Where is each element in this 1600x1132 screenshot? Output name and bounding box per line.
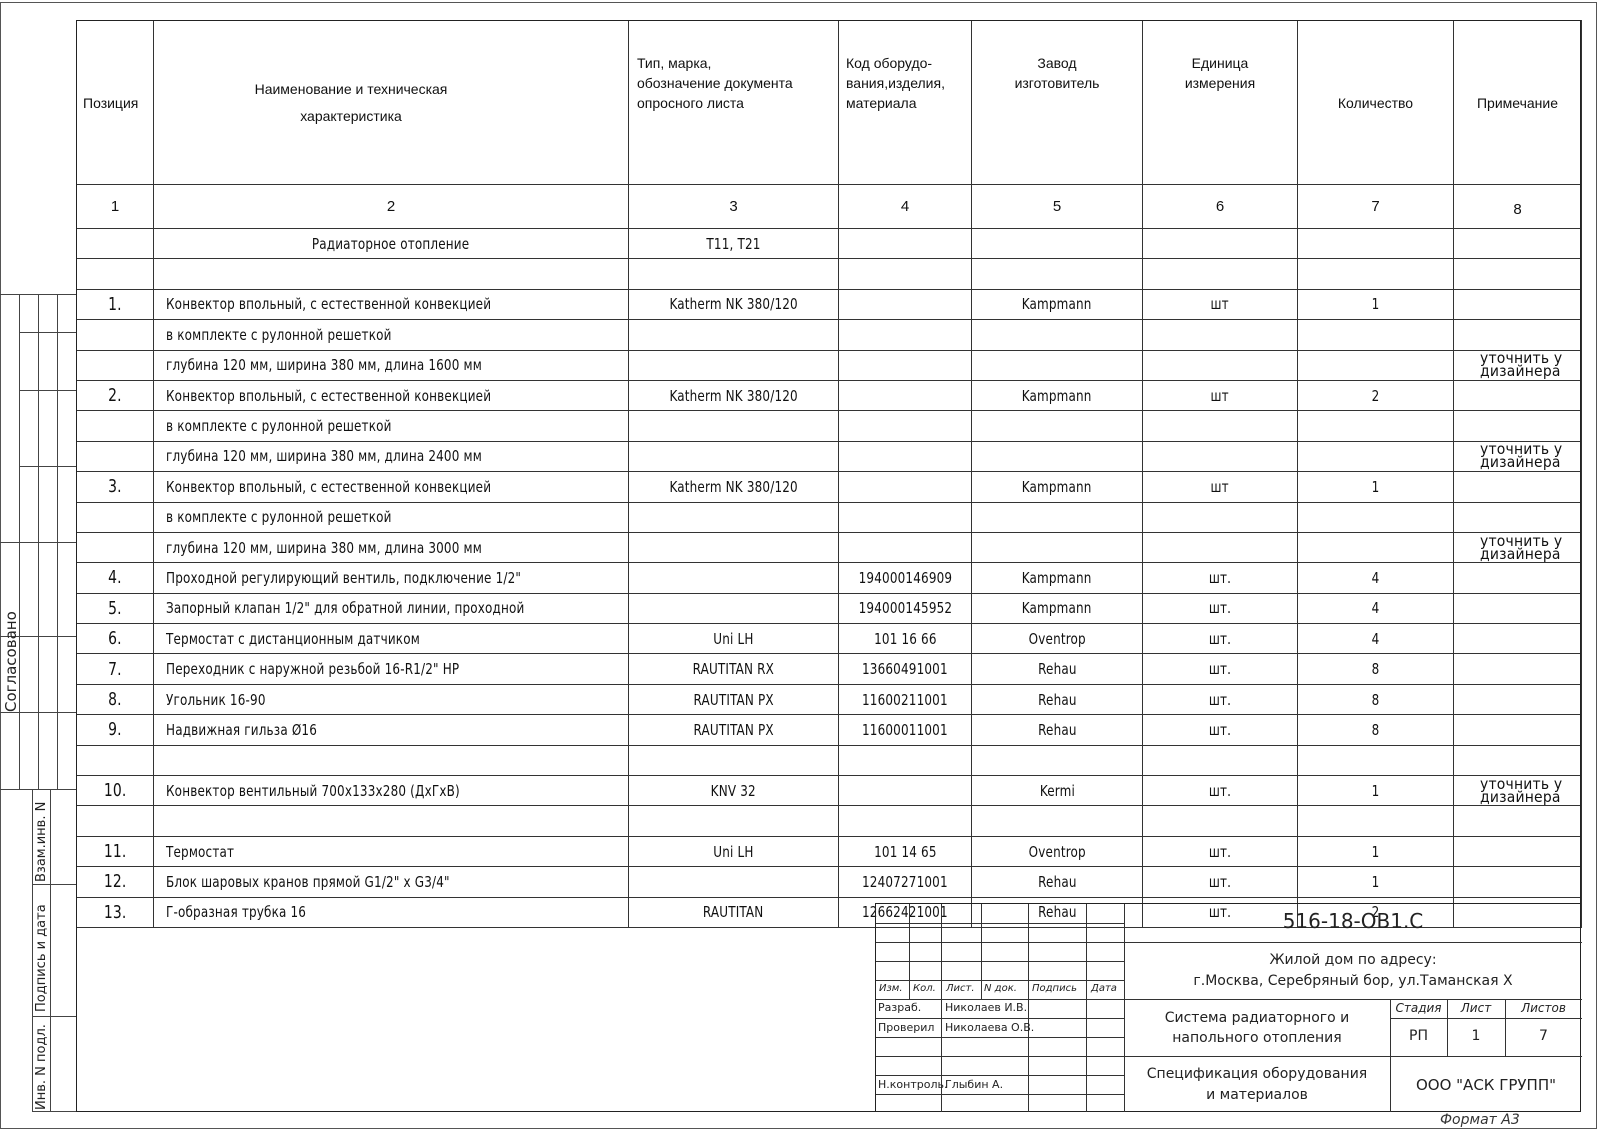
strip-line <box>19 466 76 467</box>
strip-line <box>0 712 76 713</box>
sheet-title-line-1: Спецификация оборудования <box>1124 1064 1390 1085</box>
format-label: Формат А3 <box>1440 1112 1520 1128</box>
system-line-1: Система радиаторного и <box>1124 1008 1390 1029</box>
title-block-line <box>941 904 942 999</box>
title-block-line <box>1124 942 1582 943</box>
sheet-value: 1 <box>1447 1028 1505 1044</box>
strip-line <box>32 789 33 1111</box>
title-block-line <box>941 999 942 1112</box>
original-inventory-label: Инв. N подл. <box>34 1024 49 1110</box>
title-block-line <box>1390 999 1391 1112</box>
title-block-line <box>1086 904 1087 999</box>
strip-line <box>0 542 76 543</box>
revision-header: Кол. <box>913 983 936 994</box>
title-block-line <box>1390 1018 1582 1019</box>
company-name: ООО "АСК ГРУПП" <box>1390 1076 1582 1094</box>
strip-line <box>32 884 76 885</box>
object-line-2: г.Москва, Серебряный бор, ул.Таманская Х <box>1124 971 1582 992</box>
revision-header: N док. <box>984 983 1017 994</box>
agreed-label: Согласовано <box>2 611 20 712</box>
sheet-label: Лист <box>1447 1001 1505 1015</box>
revision-header: Лист. <box>946 983 975 994</box>
document-code: 516-18-ОВ1.С <box>1124 909 1582 933</box>
signature-date-label: Подпись и дата <box>34 904 49 1012</box>
strip-line <box>19 390 76 391</box>
role-name: Николаев И.В. <box>945 1001 1027 1014</box>
sheets-value: 7 <box>1505 1028 1582 1044</box>
title-block-line <box>981 904 982 999</box>
title-block-line <box>1124 999 1582 1000</box>
sheets-label: Листов <box>1505 1001 1582 1015</box>
revision-header: Изм. <box>879 983 903 994</box>
strip-line <box>0 789 76 790</box>
role-label: Н.контроль. <box>878 1078 947 1091</box>
system-line-2: напольного отопления <box>1124 1028 1390 1049</box>
revision-header: Подпись <box>1032 983 1077 994</box>
stage-value: РП <box>1390 1028 1447 1044</box>
title-block-line <box>909 904 910 999</box>
role-name: Николаева О.В. <box>945 1021 1034 1034</box>
strip-line <box>32 1111 76 1112</box>
replace-inventory-label: Взам.инв. N <box>34 802 49 882</box>
title-block-line <box>1124 1056 1582 1057</box>
title-block: Изм.Кол.Лист.N док.ПодписьДатаРазраб.Ник… <box>875 903 1581 1112</box>
object-line-1: Жилой дом по адресу: <box>1124 950 1582 971</box>
sheet-title-line-2: и материалов <box>1124 1085 1390 1106</box>
role-label: Проверил <box>878 1021 934 1034</box>
title-block-line <box>1028 999 1029 1112</box>
strip-line <box>32 1016 76 1017</box>
title-block-line <box>1028 904 1029 999</box>
revision-header: Дата <box>1091 983 1117 994</box>
stage-label: Стадия <box>1390 1001 1447 1015</box>
role-label: Разраб. <box>878 1001 921 1014</box>
title-block-line <box>1086 999 1087 1112</box>
strip-line <box>50 789 51 1111</box>
strip-line <box>19 332 76 333</box>
role-name: Глыбин А. <box>945 1078 1003 1091</box>
